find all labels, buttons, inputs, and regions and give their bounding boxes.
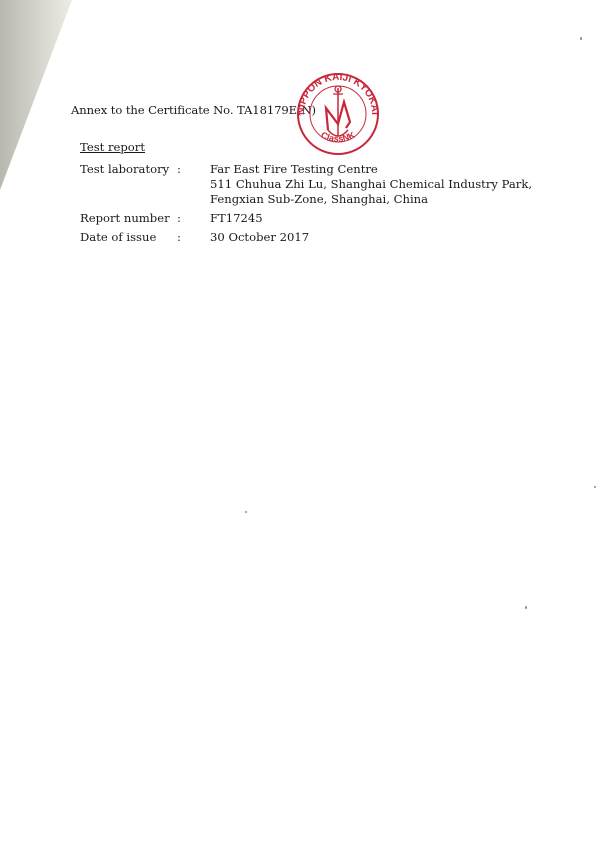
field-separator: : — [177, 229, 181, 245]
scan-speck — [594, 486, 596, 488]
scan-edge-shadow — [0, 0, 75, 195]
field-value: Fengxian Sub-Zone, Shanghai, China — [210, 191, 428, 207]
field-separator: : — [177, 161, 181, 177]
field-value: 30 October 2017 — [210, 229, 309, 245]
scan-speck — [580, 37, 582, 40]
field-value: 511 Chuhua Zhi Lu, Shanghai Chemical Ind… — [210, 176, 532, 192]
classnk-stamp: NIPPON KAIJI KYOKAI ClassNK — [288, 72, 388, 156]
field-separator: : — [177, 210, 181, 226]
scan-speck — [245, 511, 247, 513]
field-label: Test laboratory — [80, 161, 175, 177]
field-label: Report number — [80, 210, 175, 226]
field-label: Date of issue — [80, 229, 175, 245]
scan-speck — [525, 606, 527, 609]
field-value: FT17245 — [210, 210, 263, 226]
section-heading: Test report — [80, 140, 145, 154]
document-title: Annex to the Certificate No. TA18179E(N) — [71, 103, 316, 117]
field-value: Far East Fire Testing Centre — [210, 161, 378, 177]
